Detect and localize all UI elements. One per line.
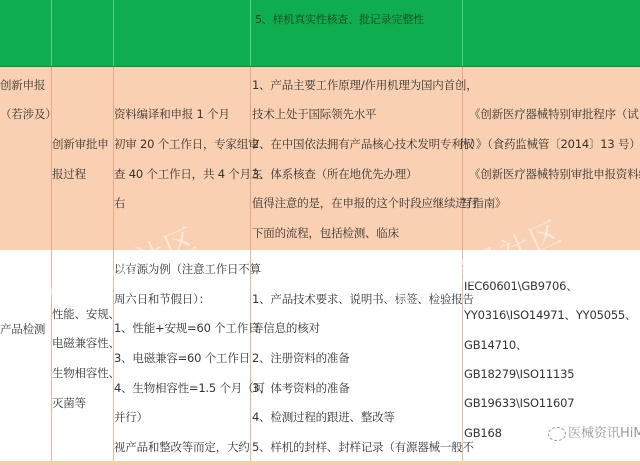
duration-cell: 以有源为例（注意工作日不算 周六日和节假日）： 1、性能+安规=60 个工作日 … xyxy=(114,250,250,461)
item-line: 创新审批申 xyxy=(52,136,109,152)
requirement-line: 1、产品主要工作原理/作用机理为国内首创， xyxy=(252,77,478,93)
duration-line: 初审 20 个工作日，专家组审 xyxy=(114,136,259,152)
requirement-line: 技术上处于国际领先水平 xyxy=(252,106,376,122)
duration-line: 查 40 个工作日，共 4 个月左 xyxy=(114,166,262,182)
item-line: 报过程 xyxy=(52,166,86,182)
table-row-innovation-application: 创新申报 （若涉及） 创新审批申 报过程 资料编译和申报 1 个月 初审 20 … xyxy=(0,67,640,250)
item-line: 灭菌等 xyxy=(52,395,86,411)
category-line: 创新申报 xyxy=(0,77,45,93)
reference-line: GB19633\ISO11607 xyxy=(464,396,574,410)
item-line: 电磁兼容性、 xyxy=(52,335,120,351)
requirement-line: 下面的流程，包括检测、临床 xyxy=(252,225,399,241)
category-cell: 产品检测 xyxy=(0,250,51,461)
category-line: 产品检测 xyxy=(0,321,45,337)
reference-line: IEC60601\GB9706、 xyxy=(464,278,578,294)
reference-line: 行）》（食药监械管〔2014〕13 号） xyxy=(459,136,640,152)
item-cell: 性能、安规、 电磁兼容性、 生物相容性、 灭菌等 xyxy=(52,250,113,461)
requirements-cell: 1、产品技术要求、说明书、标签、检验报告 等信息的核对 2、注册资料的准备 3、… xyxy=(251,250,462,461)
item-cell: 创新审批申 报过程 xyxy=(52,67,113,250)
duration-line: 4、生物相容性=1.5 个月（可 xyxy=(114,380,265,396)
category-cell: 创新申报 （若涉及） xyxy=(0,67,51,250)
reference-line: 《创新医疗器械特别审批程序（试 xyxy=(469,106,639,122)
item-line: 性能、安规、 xyxy=(52,306,120,322)
duration-line: 以有源为例（注意工作日不算 xyxy=(114,261,261,277)
duration-cell: 资料编译和申报 1 个月 初审 20 个工作日，专家组审 查 40 个工作日，共… xyxy=(114,67,250,250)
duration-line: 并行） xyxy=(114,409,148,425)
column-divider xyxy=(113,0,114,66)
table-row-product-testing: 产品检测 性能、安规、 电磁兼容性、 生物相容性、 灭菌等 以有源为例（注意工作… xyxy=(0,250,640,465)
requirement-line: 4、检测过程的跟进、整改等 xyxy=(252,409,395,425)
duration-line: 右 xyxy=(114,195,125,211)
logo-prefix: 医械资讯 xyxy=(568,426,620,441)
chat-bubble-icon xyxy=(548,427,566,441)
duration-line: 周六日和节假日）： xyxy=(114,291,210,307)
category-line: （若涉及） xyxy=(0,106,57,122)
document-table-page: 5、样机真实性核查、批记录完整性 创新申报 （若涉及） 创新审批申 报过程 资料… xyxy=(0,0,640,465)
reference-line: 写指南》 xyxy=(461,195,506,211)
item-line: 生物相容性、 xyxy=(52,365,120,381)
reference-line: 《创新医疗器械特别审批申报资料编 xyxy=(469,166,640,182)
reference-line: GB18279\ISO11135 xyxy=(464,367,574,381)
requirement-line: 1、产品技术要求、说明书、标签、检验报告 xyxy=(252,291,474,307)
requirement-line: 3、体系核查（所在地优先办理） xyxy=(252,166,417,182)
himed-logo: 医械资讯HiMed xyxy=(548,422,640,441)
reference-line: GB14710、 xyxy=(464,337,527,353)
duration-line: 资料编译和申报 1 个月 xyxy=(114,106,230,122)
duration-line: 视产品和整改等而定，大约 xyxy=(114,439,250,455)
requirement-line: 5、样机的封样、封样记录（有源器械一般不 xyxy=(252,439,474,455)
table-row-sample-check: 5、样机真实性核查、批记录完整性 xyxy=(0,0,640,67)
requirement-line: 3、体考资料的准备 xyxy=(252,380,350,396)
column-divider xyxy=(51,0,52,66)
requirements-cell: 1、产品主要工作原理/作用机理为国内首创， 技术上处于国际领先水平 2、在中国依… xyxy=(251,67,462,250)
duration-line: 1、性能+安规=60 个工作日 xyxy=(114,320,259,336)
column-divider xyxy=(250,0,251,66)
requirement-line: 2、在中国依法拥有产品核心技术发明专利权 xyxy=(252,136,474,152)
duration-line: 3、电磁兼容=60 个工作日 xyxy=(114,350,250,366)
column-divider xyxy=(462,0,463,66)
requirement-line: 等信息的核对 xyxy=(252,320,320,336)
reference-line: GB168 xyxy=(464,426,502,440)
logo-text: HiMed xyxy=(620,426,640,441)
requirement-line: 值得注意的是，在申报的这个时段应继续进行 xyxy=(252,195,478,211)
references-cell: 《创新医疗器械特别审批程序（试 行）》（食药监械管〔2014〕13 号） 《创新… xyxy=(463,67,640,250)
requirement-line: 5、样机真实性核查、批记录完整性 xyxy=(255,11,424,27)
reference-line: YY0316\ISO14971、YY05055、 xyxy=(464,307,636,323)
requirement-line: 2、注册资料的准备 xyxy=(252,350,350,366)
requirements-cell: 5、样机真实性核查、批记录完整性 xyxy=(255,0,460,66)
